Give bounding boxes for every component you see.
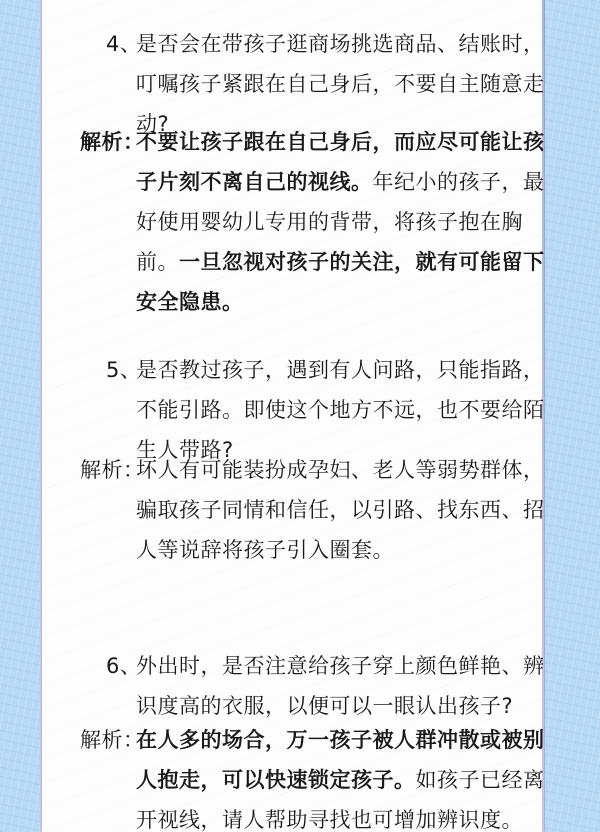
- question-line: 是否教过孩子，遇到有人问路，只能指路，: [136, 350, 545, 390]
- answer-line: 人等说辞将孩子引入圈套。: [136, 530, 545, 570]
- question-6: 6、 外出时，是否注意给孩子穿上颜色鲜艳、辨 识度高的衣服，以便可以一眼认出孩子…: [106, 646, 545, 726]
- answer-line: 在人多的场合，万一孩子被人群冲散或被别: [136, 720, 545, 760]
- question-line: 不能引路。即使这个地方不远，也不要给陌: [136, 390, 545, 430]
- answer-line: 好使用婴幼儿专用的背带，将孩子抱在胸: [136, 202, 545, 242]
- question-line: 是否会在带孩子逛商场挑选商品、结账时，: [136, 24, 545, 64]
- answer-label: 解析：: [80, 450, 145, 490]
- answer-line: 坏人有可能装扮成孕妇、老人等弱势群体，: [136, 450, 545, 490]
- question-number: 6、: [106, 646, 141, 686]
- answer-6: 解析： 在人多的场合，万一孩子被人群冲散或被别 人抱走，可以快速锁定孩子。如孩子…: [80, 720, 545, 832]
- question-number: 4、: [106, 24, 141, 64]
- answer-4: 解析： 不要让孩子跟在自己身后，而应尽可能让孩 子片刻不离自己的视线。年纪小的孩…: [80, 122, 545, 322]
- answer-line: 不要让孩子跟在自己身后，而应尽可能让孩: [136, 122, 545, 162]
- answer-label: 解析：: [80, 720, 145, 760]
- answer-line: 骗取孩子同情和信任，以引路、找东西、招: [136, 490, 545, 530]
- question-line: 叮嘱孩子紧跟在自己身后，不要自主随意走: [136, 64, 545, 104]
- answer-line: 子片刻不离自己的视线。年纪小的孩子，最: [136, 162, 545, 202]
- answer-line: 人抱走，可以快速锁定孩子。如孩子已经离: [136, 760, 545, 800]
- answer-label: 解析：: [80, 122, 145, 162]
- answer-line: 前。一旦忽视对孩子的关注，就有可能留下: [136, 242, 545, 282]
- answer-5: 解析： 坏人有可能装扮成孕妇、老人等弱势群体， 骗取孩子同情和信任，以引路、找东…: [80, 450, 545, 570]
- question-line: 外出时，是否注意给孩子穿上颜色鲜艳、辨: [136, 646, 545, 686]
- answer-line: 安全隐患。: [136, 282, 545, 322]
- answer-line: 开视线，请人帮助寻找也可增加辨识度。: [136, 800, 545, 832]
- question-number: 5、: [106, 350, 141, 390]
